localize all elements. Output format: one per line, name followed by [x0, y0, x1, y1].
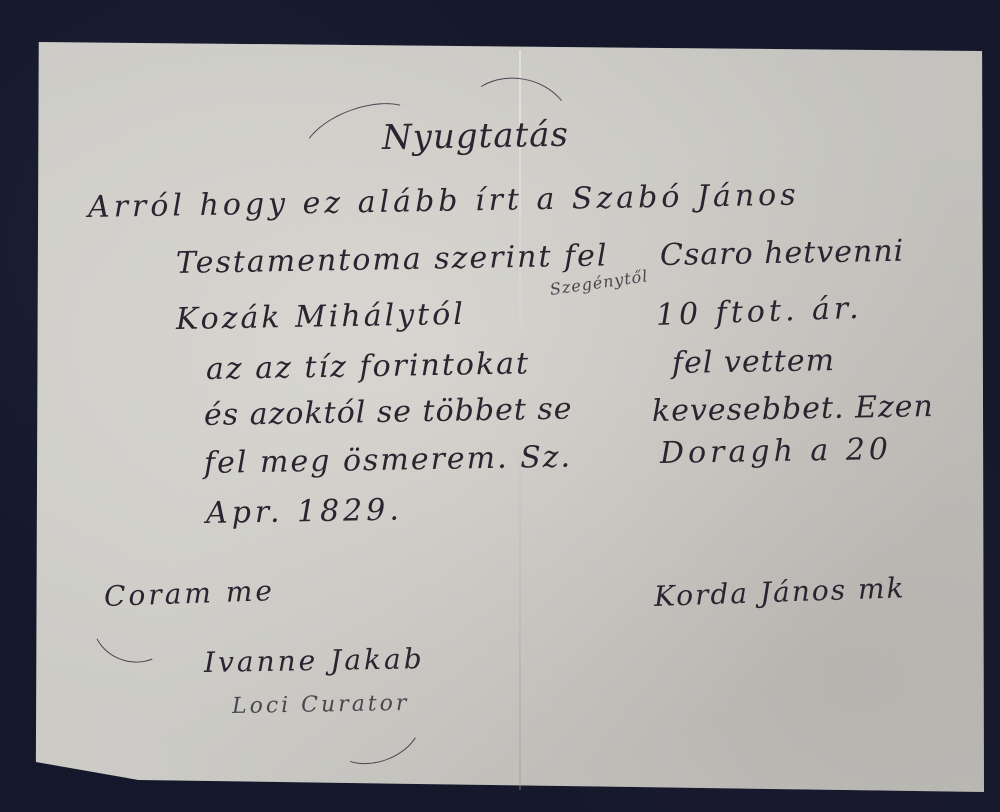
body-line-6-left: fel meg ösmerem. Sz. [204, 440, 573, 481]
body-line-4-left: az az tíz forintokat [206, 346, 531, 387]
witness-name: Ivanne Jakab [204, 642, 425, 679]
body-line-4-right: fel vettem [672, 343, 836, 381]
body-line-5-left: és azoktól se többet se [204, 392, 573, 433]
body-line-3-right: 10 ftot. ár. [655, 291, 863, 333]
body-line-3-left: Kozák Mihálytól [176, 297, 466, 337]
body-line-6-right: Doragh a 20 [660, 432, 893, 471]
document-date: Apr. 1829. [206, 493, 403, 531]
body-line-5-right: kevesebbet. Ezen [652, 389, 934, 429]
body-line-2-right: Csaro hetvenni [660, 234, 905, 273]
document-title: Nyugtatás [382, 115, 570, 158]
